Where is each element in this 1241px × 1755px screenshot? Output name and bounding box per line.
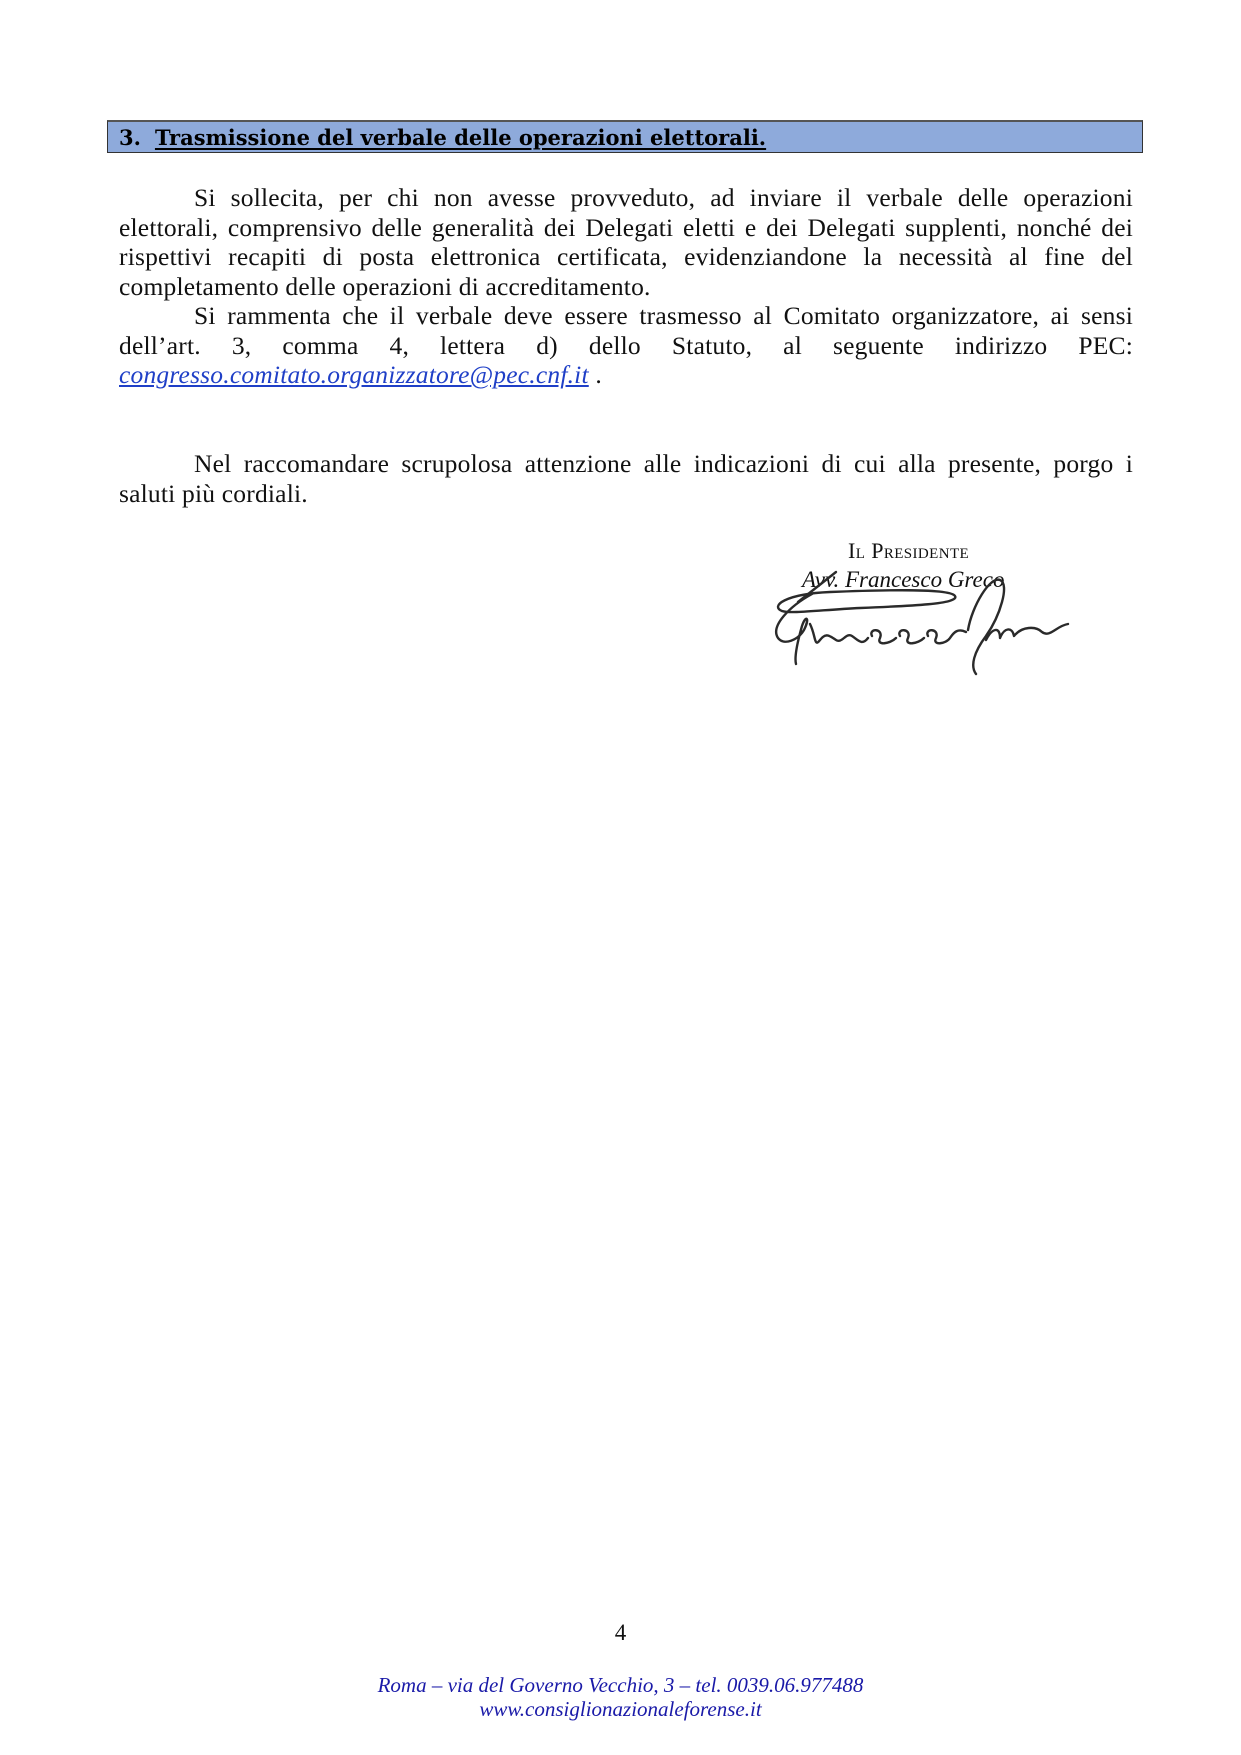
signatory-role: Il Presidente <box>848 538 969 564</box>
section-number: 3. <box>119 125 141 150</box>
section-title: Trasmissione del verbale delle operazion… <box>155 125 766 150</box>
pec-reminder-end: . <box>589 360 602 389</box>
pec-reminder-text: Si rammenta che il verbale deve essere t… <box>119 301 1133 360</box>
body-text: Si sollecita, per chi non avesse provved… <box>119 183 1133 390</box>
footer: Roma – via del Governo Vecchio, 3 – tel.… <box>0 1673 1241 1721</box>
paragraph-closing: Nel raccomandare scrupolosa attenzione a… <box>119 449 1133 508</box>
footer-website[interactable]: www.consiglionazionaleforense.it <box>0 1697 1241 1721</box>
paragraph-request: Si sollecita, per chi non avesse provved… <box>119 183 1133 301</box>
closing-text: Nel raccomandare scrupolosa attenzione a… <box>119 449 1133 508</box>
footer-address: Roma – via del Governo Vecchio, 3 – tel.… <box>0 1673 1241 1697</box>
pec-email-link[interactable]: congresso.comitato.organizzatore@pec.cnf… <box>119 360 589 389</box>
paragraph-pec-reminder: Si rammenta che il verbale deve essere t… <box>119 301 1133 390</box>
handwritten-signature-icon <box>760 566 1120 696</box>
page-number: 4 <box>0 1620 1241 1646</box>
signature-block: Il Presidente Avv. Francesco Greco <box>760 538 1140 688</box>
section-header: 3. Trasmissione del verbale delle operaz… <box>107 120 1143 153</box>
